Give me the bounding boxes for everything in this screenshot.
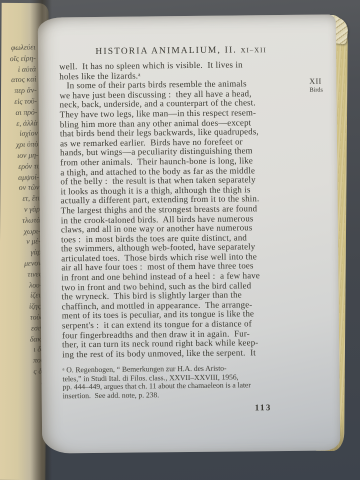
margin-note-chapter: XII — [309, 77, 323, 86]
running-head-title: HISTORIA ANIMALIUM, II. — [95, 44, 237, 55]
running-head: HISTORIA ANIMALIUM, II. XI–XII — [56, 44, 306, 57]
book-page: HISTORIA ANIMALIUM, II. XI–XII well. It … — [38, 14, 341, 453]
margin-note-label: Birds — [309, 86, 322, 93]
photo-scene: φωλεύει οῖς εἰρη- ὶ αὑτὰ ατος καὶ περ ἄν… — [0, 0, 360, 480]
page-number: 113 — [255, 402, 272, 412]
margin-note: XII Birds — [309, 77, 323, 94]
footnote: ᵃ O. Regenbogen, “ Bemerkungen zur H.A. … — [62, 364, 318, 401]
body-text: well. It has no spleen which is visible.… — [59, 60, 312, 360]
running-head-chapters: XI–XII — [241, 47, 267, 54]
